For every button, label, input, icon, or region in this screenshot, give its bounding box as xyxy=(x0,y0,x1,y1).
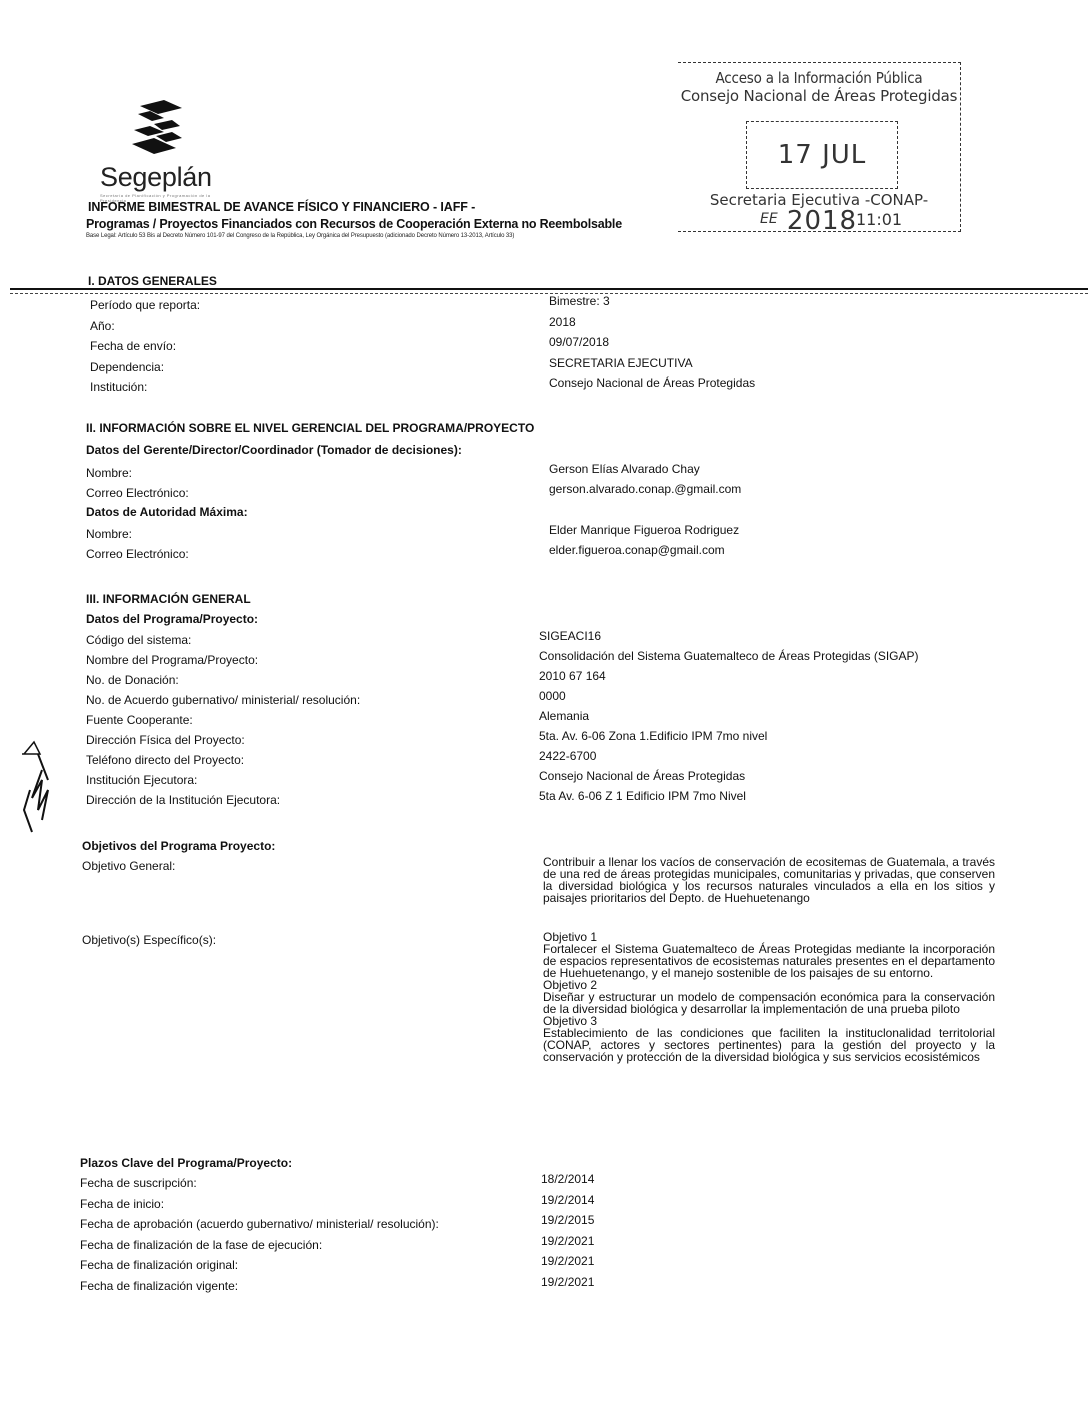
field-value: 5ta Av. 6-06 Z 1 Edificio IPM 7mo Nivel xyxy=(539,789,746,803)
field-value: 0000 xyxy=(539,689,566,703)
field-label: Nombre: xyxy=(86,466,132,480)
field-value: 19/2/2021 xyxy=(541,1275,594,1289)
field-value: Gerson Elías Alvarado Chay xyxy=(549,462,700,476)
field-value: 2018 xyxy=(549,315,576,329)
field-value: 5ta. Av. 6-06 Zona 1.Edificio IPM 7mo ni… xyxy=(539,729,767,743)
field-label: Fecha de finalización de la fase de ejec… xyxy=(80,1238,322,1252)
segeplan-logo: Segeplán Secretaría de Planificación y P… xyxy=(100,100,230,203)
field-label: Fecha de finalización original: xyxy=(80,1258,238,1272)
field-value: 09/07/2018 xyxy=(549,335,609,349)
specific-objectives-label: Objetivo(s) Específico(s): xyxy=(82,933,216,947)
stamp-footer: Secretaria Ejecutiva -CONAP- xyxy=(678,191,960,209)
field-label: No. de Acuerdo gubernativo/ ministerial/… xyxy=(86,693,360,707)
logo-name: Segeplán xyxy=(100,162,230,193)
stamp-line1: Acceso a la Información Pública xyxy=(678,69,960,87)
section-2-title: II. INFORMACIÓN SOBRE EL NIVEL GERENCIAL… xyxy=(86,421,534,435)
field-value: Bimestre: 3 xyxy=(549,294,610,308)
field-value: 18/2/2014 xyxy=(541,1172,594,1186)
general-objective-text: Contribuir a llenar los vacíos de conser… xyxy=(543,856,995,904)
signature-icon xyxy=(12,740,52,840)
field-value: Alemania xyxy=(539,709,589,723)
field-label: Fecha de envío: xyxy=(90,339,176,353)
field-value: 2010 67 164 xyxy=(539,669,606,683)
objective-text: Diseñar y estructurar un modelo de compe… xyxy=(543,991,995,1015)
segeplan-logo-icon xyxy=(120,100,200,160)
reception-stamp: Acceso a la Información Pública Consejo … xyxy=(678,62,961,232)
stamp-time: 11:01 xyxy=(856,210,902,229)
field-label: Dirección Física del Proyecto: xyxy=(86,733,245,747)
field-label: Correo Electrónico: xyxy=(86,547,189,561)
field-label: Fecha de finalización vigente: xyxy=(80,1279,238,1293)
handwritten-signature xyxy=(12,740,52,845)
field-label: Institución: xyxy=(90,380,147,394)
objectives-heading: Objetivos del Programa Proyecto: xyxy=(82,839,275,853)
section-1-title: I. DATOS GENERALES xyxy=(88,274,217,288)
general-objective-label: Objetivo General: xyxy=(82,859,175,873)
document-subtitle: Programas / Proyectos Financiados con Re… xyxy=(86,217,622,231)
field-value: SIGEACI16 xyxy=(539,629,601,643)
field-label: Correo Electrónico: xyxy=(86,486,189,500)
field-label: Nombre: xyxy=(86,527,132,541)
field-label: Institución Ejecutora: xyxy=(86,773,197,787)
stamp-date-box: 17 JUL 2018 xyxy=(746,121,898,189)
deadlines-heading: Plazos Clave del Programa/Proyecto: xyxy=(80,1156,292,1170)
field-label: Dirección de la Institución Ejecutora: xyxy=(86,793,280,807)
field-value: Consolidación del Sistema Guatemalteco d… xyxy=(539,649,919,663)
program-heading: Datos del Programa/Proyecto: xyxy=(86,612,258,626)
field-label: No. de Donación: xyxy=(86,673,179,687)
field-label: Dependencia: xyxy=(90,360,164,374)
field-label: Período que reporta: xyxy=(90,298,200,312)
field-value: SECRETARIA EJECUTIVA xyxy=(549,356,693,370)
field-value: Consejo Nacional de Áreas Protegidas xyxy=(549,376,755,390)
manager-heading: Datos del Gerente/Director/Coordinador (… xyxy=(86,443,462,457)
specific-objectives: Objetivo 1Fortalecer el Sistema Guatemal… xyxy=(543,931,995,1063)
field-value: 2422-6700 xyxy=(539,749,596,763)
field-label: Fuente Cooperante: xyxy=(86,713,193,727)
field-label: Fecha de inicio: xyxy=(80,1197,164,1211)
document-title: INFORME BIMESTRAL DE AVANCE FÍSICO Y FIN… xyxy=(88,200,475,214)
authority-heading: Datos de Autoridad Máxima: xyxy=(86,505,248,519)
field-label: Año: xyxy=(90,319,115,333)
stamp-date: 17 JUL 2018 xyxy=(747,122,897,254)
legal-basis: Base Legal: Artículo 53 Bis al Decreto N… xyxy=(86,233,514,239)
field-value: elder.figueroa.conap@gmail.com xyxy=(549,543,725,557)
stamp-line2: Consejo Nacional de Áreas Protegidas xyxy=(678,87,960,105)
field-label: Código del sistema: xyxy=(86,633,191,647)
objective-text: Fortalecer el Sistema Guatemalteco de Ár… xyxy=(543,943,995,979)
field-value: gerson.alvarado.conap.@gmail.com xyxy=(549,482,741,496)
field-value: Consejo Nacional de Áreas Protegidas xyxy=(539,769,745,783)
field-value: 19/2/2015 xyxy=(541,1213,594,1227)
field-value: 19/2/2021 xyxy=(541,1254,594,1268)
objective-text: Establecimiento de las condiciones que f… xyxy=(543,1027,995,1063)
field-label: Fecha de suscripción: xyxy=(80,1176,197,1190)
field-label: Fecha de aprobación (acuerdo gubernativo… xyxy=(80,1217,439,1231)
field-value: Elder Manrique Figueroa Rodriguez xyxy=(549,523,739,537)
section-3-title: III. INFORMACIÓN GENERAL xyxy=(86,592,251,606)
field-label: Teléfono directo del Proyecto: xyxy=(86,753,244,767)
field-value: 19/2/2014 xyxy=(541,1193,594,1207)
field-value: 19/2/2021 xyxy=(541,1234,594,1248)
field-label: Nombre del Programa/Proyecto: xyxy=(86,653,258,667)
stamp-initials: EE xyxy=(760,211,778,227)
